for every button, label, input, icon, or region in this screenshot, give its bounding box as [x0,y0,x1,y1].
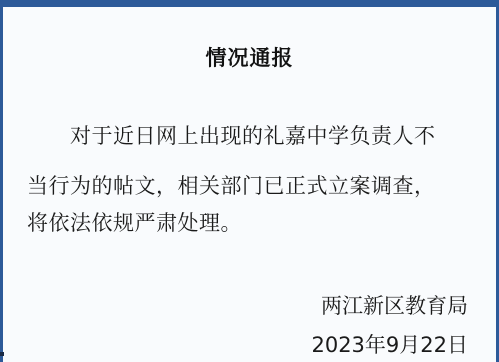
corner-mark [0,352,4,356]
document-title: 情况通报 [3,42,496,72]
signature-issuer: 两江新区教育局 [321,290,468,320]
paragraph-line-3: 将依法依规严肃处理。 [27,207,242,237]
paragraph-line-2: 当行为的帖文，相关部门已正式立案调查， [27,170,436,200]
paragraph-line-1: 对于近日网上出现的礼嘉中学负责人不 [70,120,436,150]
notice-document: 情况通报 对于近日网上出现的礼嘉中学负责人不 当行为的帖文，相关部门已正式立案调… [3,7,496,362]
signature-date: 2023年9月22日 [311,329,468,359]
